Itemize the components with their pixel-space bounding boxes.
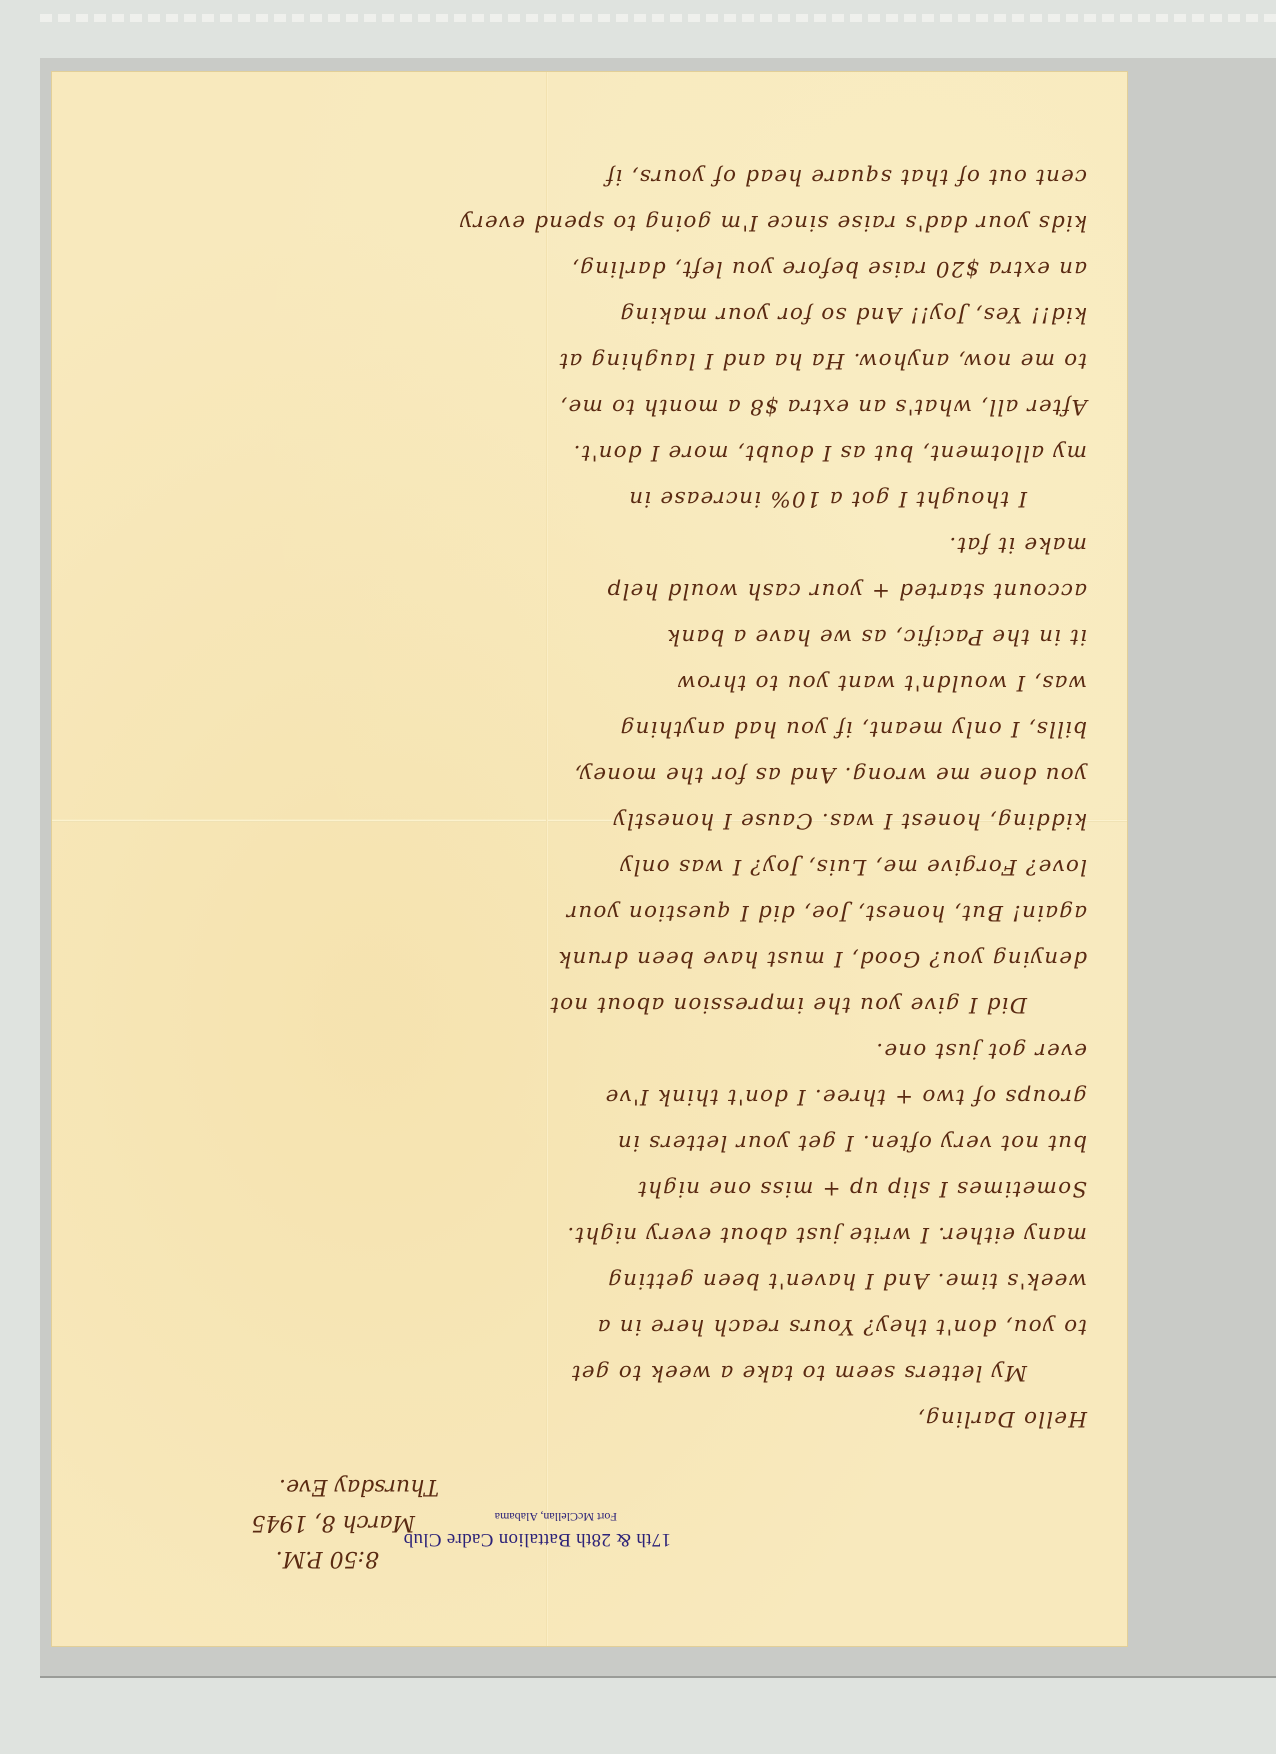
letter-line: an extra $20 raise before you left, darl…	[87, 245, 1087, 291]
letter-line: was, I wouldn't want you to throw	[87, 659, 1087, 705]
letter-line: week's time. And I haven't been getting	[87, 1257, 1087, 1303]
salutation: Hello Darling,	[87, 1395, 1087, 1441]
letterhead-location: Fort McClellan, Alabama	[495, 1509, 617, 1524]
letter-line: love? Forgive me, Luis, Joy? I was only	[87, 843, 1087, 889]
dateline-date: March 8, 1945	[251, 1504, 415, 1540]
letter-line: ever got just one.	[87, 1027, 1087, 1073]
letter-line: kid!! Yes, Joy!! And so for your making	[87, 291, 1087, 337]
letter-line: my allotment, but as I doubt, more I don…	[87, 429, 1087, 475]
dateline-day: Thursday Eve.	[251, 1468, 439, 1504]
letter-body: Hello Darling, My letters seem to take a…	[87, 153, 1087, 1441]
letter-line: denying you? Good, I must have been drun…	[87, 935, 1087, 981]
letter-line: to you, don't they? Yours reach here in …	[87, 1303, 1087, 1349]
letter-line: many either. I write just about every ni…	[87, 1211, 1087, 1257]
letter-line: again! But, honest, Joe, did I question …	[87, 889, 1087, 935]
letter-line: Did I give you the impression about not	[87, 981, 1087, 1027]
sleeve-perforation	[40, 14, 1276, 22]
letter-page: 17th & 28th Battalion Cadre Club Fort Mc…	[52, 72, 1127, 1646]
letter-line: make it fat.	[87, 521, 1087, 567]
letter-line: but not very often. I get your letters i…	[87, 1119, 1087, 1165]
letter-line: you done me wrong. And as for the money,	[87, 751, 1087, 797]
upside-down-content: 17th & 28th Battalion Cadre Club Fort Mc…	[52, 72, 1127, 1646]
letter-line: to me now, anyhow. Ha ha and I laughing …	[87, 337, 1087, 383]
letter-line: I thought I got a 10% increase in	[87, 475, 1087, 521]
letter-line: My letters seem to take a week to get	[87, 1349, 1087, 1395]
letter-line: account started + your cash would help	[87, 567, 1087, 613]
letterhead-title: 17th & 28th Battalion Cadre Club	[403, 1528, 671, 1550]
letter-line: groups of two + three. I don't think I'v…	[87, 1073, 1087, 1119]
letter-line: Sometimes I slip up + miss one night	[87, 1165, 1087, 1211]
letter-line: kids your dad's raise since I'm going to…	[87, 199, 1087, 245]
dateline-time: 8:50 P.M.	[251, 1540, 379, 1576]
dateline: 8:50 P.M. March 8, 1945 Thursday Eve.	[251, 1468, 439, 1576]
letter-line: bills, I only meant, if you had anything	[87, 705, 1087, 751]
letter-line: it in the Pacific, as we have a bank	[87, 613, 1087, 659]
letter-line: kidding, honest I was. Cause I honestly	[87, 797, 1087, 843]
letter-line: After all, what's an extra $8 a month to…	[87, 383, 1087, 429]
letter-line: cent out of that square head of yours, i…	[87, 153, 1087, 199]
